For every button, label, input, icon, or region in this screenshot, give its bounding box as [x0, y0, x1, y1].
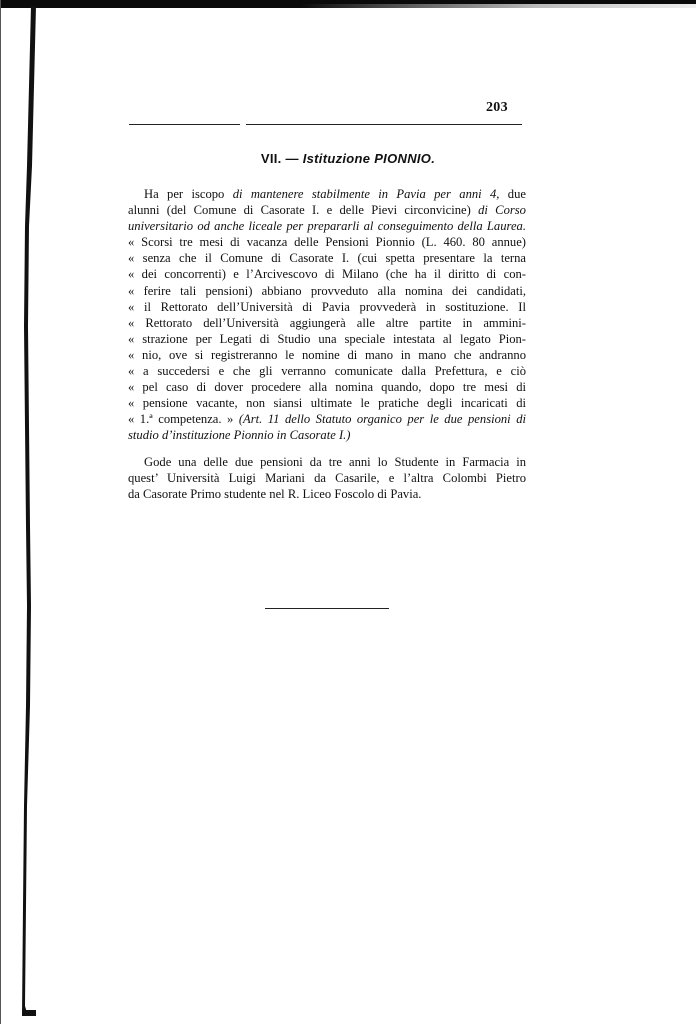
text-line: universitario od anche liceale per prepa… — [128, 218, 526, 234]
text-run: « strazione per Legati di Studio una spe… — [128, 332, 526, 346]
italic-run: universitario od anche liceale per prepa… — [128, 219, 526, 233]
scan-top-border-fade — [300, 4, 696, 8]
text-line: « nio, ove si registreranno le nomine di… — [128, 347, 526, 363]
body-text: Ha per iscopo di mantenere stabilmente i… — [128, 186, 526, 502]
section-title: Istituzione PIONNIO. — [303, 151, 435, 166]
text-line: Ha per iscopo di mantenere stabilmente i… — [128, 186, 526, 202]
section-heading: VII. — Istituzione PIONNIO. — [0, 151, 696, 166]
text-run: « nio, ove si registreranno le nomine di… — [128, 348, 526, 362]
text-run: « dei concorrenti) e l’Arcivescovo di Mi… — [128, 267, 526, 281]
text-run: « pensione vacante, non siansi ultimate … — [128, 396, 526, 410]
text-line: « strazione per Legati di Studio una spe… — [128, 331, 526, 347]
text-run: « senza che il Comune di Casorate I. (cu… — [128, 251, 526, 265]
text-line: « pensione vacante, non siansi ultimate … — [128, 395, 526, 411]
text-line: « ferire tali pensioni) abbiano provvedu… — [128, 283, 526, 299]
italic-run: studio d’instituzione Pionnio in Casorat… — [128, 428, 351, 442]
text-run: « 1.ª competenza. » — [128, 412, 239, 426]
text-line: « il Rettorato dell’Università di Pavia … — [128, 299, 526, 315]
text-run: « il Rettorato dell’Università di Pavia … — [128, 300, 526, 314]
text-run: « Rettorato dell’Università aggiungerà a… — [128, 316, 526, 330]
text-line: « pel caso di dover procedere alla nomin… — [128, 379, 526, 395]
text-line: da Casorate Primo studente nel R. Liceo … — [128, 486, 526, 502]
section-number: VII. — — [261, 151, 299, 166]
text-line: studio d’instituzione Pionnio in Casorat… — [128, 427, 526, 443]
text-run: alunni (del Comune di Casorate I. e dell… — [128, 203, 478, 217]
header-rule-right — [246, 124, 522, 125]
text-run: « ferire tali pensioni) abbiano provvedu… — [128, 284, 526, 298]
text-line: « Scorsi tre mesi di vacanza delle Pensi… — [128, 234, 526, 250]
italic-run: di Corso — [478, 203, 526, 217]
text-line: Gode una delle due pensioni da tre anni … — [128, 454, 526, 470]
text-line: « dei concorrenti) e l’Arcivescovo di Mi… — [128, 266, 526, 282]
text-run: due — [499, 187, 526, 201]
text-line: « 1.ª competenza. » (Art. 11 dello Statu… — [128, 411, 526, 427]
italic-run: di mantenere stabilmente in Pavia per an… — [233, 187, 500, 201]
text-run: « a succedersi e che gli verranno comuni… — [128, 364, 526, 378]
text-run: « pel caso di dover procedere alla nomin… — [128, 380, 526, 394]
text-run: Ha per iscopo — [144, 187, 233, 201]
closing-rule — [265, 608, 389, 609]
paragraph-1: Ha per iscopo di mantenere stabilmente i… — [128, 186, 526, 444]
text-line: « Rettorato dell’Università aggiungerà a… — [128, 315, 526, 331]
italic-run: (Art. 11 dello Statuto organico per le d… — [239, 412, 526, 426]
text-line: quest’ Università Luigi Mariani da Casar… — [128, 470, 526, 486]
text-run: « Scorsi tre mesi di vacanza delle Pensi… — [128, 235, 526, 249]
text-line: alunni (del Comune di Casorate I. e dell… — [128, 202, 526, 218]
paragraph-2: Gode una delle due pensioni da tre anni … — [128, 454, 526, 502]
header-rule-left — [129, 124, 240, 125]
text-line: « a succedersi e che gli verranno comuni… — [128, 363, 526, 379]
page-number: 203 — [486, 100, 508, 116]
text-line: « senza che il Comune di Casorate I. (cu… — [128, 250, 526, 266]
